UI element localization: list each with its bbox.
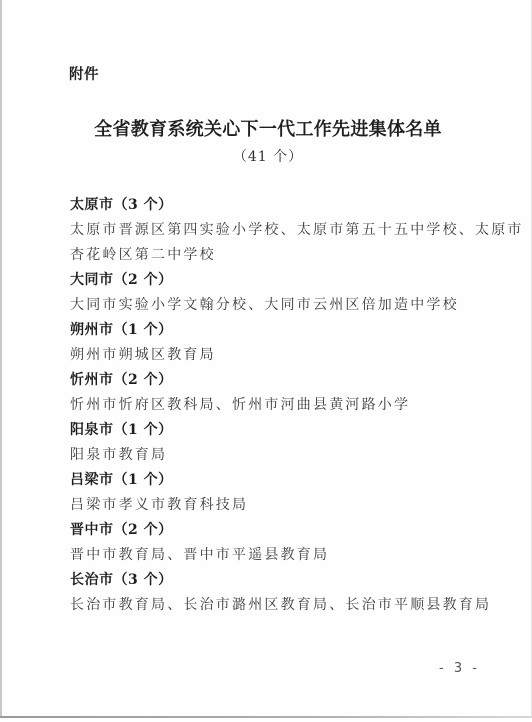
section-line: 忻州市忻府区教科局、忻州市河曲县黄河路小学	[70, 393, 490, 418]
section-heading-yangquan: 阳泉市（1 个）	[70, 418, 490, 443]
section-line: 阳泉市教育局	[70, 443, 490, 468]
document-subtitle: （41 个）	[2, 146, 532, 166]
section-line: 晋中市教育局、晋中市平遥县教育局	[70, 543, 490, 568]
section-line: 杏花岭区第二中学校	[70, 243, 490, 268]
section-heading-datong: 大同市（2 个）	[70, 268, 490, 293]
section-heading-shuozhou: 朔州市（1 个）	[70, 318, 490, 343]
section-heading-xinzhou: 忻州市（2 个）	[70, 368, 490, 393]
attachment-label: 附件	[69, 63, 99, 84]
document-page: 附件 全省教育系统关心下一代工作先进集体名单 （41 个） 太原市（3 个） 太…	[0, 0, 532, 716]
document-title: 全省教育系统关心下一代工作先进集体名单	[2, 115, 532, 141]
section-heading-changzhi: 长治市（3 个）	[70, 568, 490, 593]
section-heading-lvliang: 吕梁市（1 个）	[70, 468, 490, 493]
section-line: 太原市晋源区第四实验小学校、太原市第五十五中学校、太原市	[70, 218, 490, 243]
page-bottom-edge	[0, 716, 532, 718]
section-line: 大同市实验小学文翰分校、大同市云州区倍加造中学校	[70, 293, 490, 318]
section-heading-jinzhong: 晋中市（2 个）	[70, 518, 490, 543]
section-line: 朔州市朔城区教育局	[70, 343, 490, 368]
section-heading-taiyuan: 太原市（3 个）	[70, 193, 490, 218]
section-line: 吕梁市孝义市教育科技局	[70, 493, 490, 518]
section-line: 长治市教育局、长治市潞州区教育局、长治市平顺县教育局	[70, 593, 490, 618]
page-number: - 3 -	[439, 661, 480, 676]
collective-list: 太原市（3 个） 太原市晋源区第四实验小学校、太原市第五十五中学校、太原市 杏花…	[70, 193, 490, 618]
